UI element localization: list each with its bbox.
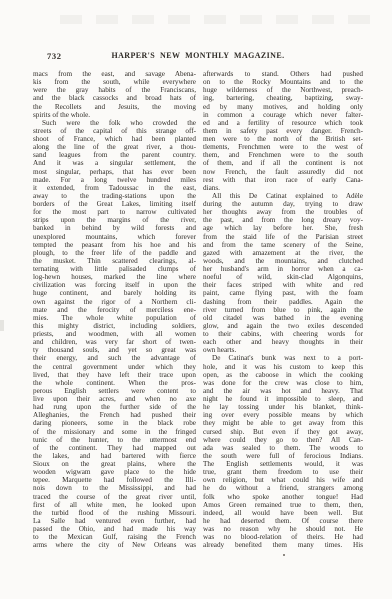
text-line: their energy, and such the advantage of [33, 354, 196, 362]
magazine-page: 732 HARPER'S NEW MONTHLY MAGAZINE. macs … [0, 0, 392, 599]
text-line: now French, the fault assuredly did not [203, 168, 363, 176]
text-line: they might be able to get away from this [203, 419, 363, 427]
text-line: the lakes, and had bartered with fierce [33, 452, 196, 460]
text-line: live upon their acres, and when no axe [33, 395, 196, 403]
text-line: was no blood-relation of theirs. He had [203, 533, 363, 541]
text-line: on to the Rocky Mountains and to the [203, 78, 363, 86]
text-line: afterwards to stand. Others had pushed [203, 70, 363, 78]
text-line: true, grant them freedom to use their [203, 468, 363, 476]
text-line: Sioux on the great plains, where the [33, 460, 196, 468]
text-line: daring pioneers, some in the black robe [33, 419, 196, 427]
text-line: to their cabins, with cheering words for [203, 330, 363, 338]
text-line: tepee. Marquette had followed the Illi- [33, 476, 196, 484]
text-line: away to the trading-stations upon the [33, 192, 196, 200]
text-line: most singular, perhaps, that has ever be… [33, 168, 196, 176]
text-line: he lay tossing under his blanket, think- [203, 403, 363, 411]
text-line: along the line of the great river, a tho… [33, 143, 196, 151]
text-line: old citadel was bathed in the evening [203, 314, 363, 322]
text-line: shoot of France, which had been planted [33, 135, 196, 143]
text-line: arms where the city of New Orleans was [33, 541, 196, 549]
scan-artifact [0, 320, 4, 331]
text-line: age which lay before her. She, fresh [203, 224, 363, 232]
text-line: own hearts. [203, 346, 363, 354]
text-line: and the black cassocks and broad hats of [33, 94, 196, 102]
text-line: of the missionary and some in the fringe… [33, 428, 196, 436]
text-line: sand leagues from the parent country. [33, 151, 196, 159]
text-line: own against the rigor of a Northern cli- [33, 298, 196, 306]
text-line: the musket. Thin scattered clearings, al… [33, 257, 196, 265]
text-line: during the autumn day, trying to draw [203, 200, 363, 208]
right-column: afterwards to stand. Others had pushedon… [203, 70, 363, 549]
text-line: paint, came flying past, with the foam [203, 289, 363, 297]
text-line: where could they go to then? All Can- [203, 436, 363, 444]
left-column: macs from the east, and savage Abena-kis… [33, 70, 196, 549]
text-line: the whole continent. When the pros- [33, 379, 196, 387]
text-line: passed the Ohio, and had made his way [33, 525, 196, 533]
text-line: gazed with amazement at the river, the [203, 249, 363, 257]
text-line: indeed, all would have been well. But [203, 509, 363, 517]
text-columns: macs from the east, and savage Abena-kis… [33, 70, 363, 549]
page-header: 732 HARPER'S NEW MONTHLY MAGAZINE. [33, 51, 363, 62]
text-line: macs from the east, and savage Abena- [33, 70, 196, 78]
magazine-title: HARPER'S NEW MONTHLY MAGAZINE. [33, 51, 363, 60]
text-line: Alleghanies, the French had pushed their [33, 411, 196, 419]
text-line: them, and Frenchmen were to the south [203, 151, 363, 159]
text-line: ing, bartering, cheating, baptizing, swa… [203, 94, 363, 102]
text-line: he had deserted them. Of course there [203, 517, 363, 525]
text-line: ed and a fertility of resource which too… [203, 119, 363, 127]
text-line: cursed ship. But even if they got away, [203, 428, 363, 436]
text-line: Such were the folk who crowded the [33, 119, 196, 127]
text-line: All this De Catinat explained to Adèle [203, 192, 363, 200]
text-line: The English settlements would, it was [203, 460, 363, 468]
text-line: the central government under which they [33, 363, 196, 371]
text-line: from the staid life of the Parisian stre… [203, 233, 363, 241]
text-line: strips upon the margins of the river, [33, 216, 196, 224]
text-line: their faces striped with white and red [203, 281, 363, 289]
text-line: were the gray habits of the Franciscans, [33, 86, 196, 94]
text-line: men were to the north of the British set… [203, 135, 363, 143]
text-line: them in safety past every danger. French… [203, 127, 363, 135]
text-line: unexplored mountains, which forever [33, 233, 196, 241]
text-line: woods, and the mountains, and clutched [203, 257, 363, 265]
text-line: this mighty district, including soldiers… [33, 322, 196, 330]
text-line: hole, and it was his custom to keep this [203, 363, 363, 371]
text-line: night he found it impossible to sleep, a… [203, 395, 363, 403]
ink-speck [283, 554, 285, 556]
text-line: perous English settlers were content to [33, 387, 196, 395]
text-line: made. For a long twelve hundred miles [33, 176, 196, 184]
text-line: traced the course of the great river unt… [33, 493, 196, 501]
text-line: her husband's arm in horror when a ca- [203, 265, 363, 273]
text-line: huge continent, and barely holding its [33, 289, 196, 297]
text-line: And it was a singular settlement, the [33, 159, 196, 167]
text-line: her thoughts away from the troubles of [203, 208, 363, 216]
text-line: in common a courage which never falter- [203, 111, 363, 119]
text-line: and children, was very far short of twen… [33, 338, 196, 346]
text-line: dashing from their paddles. Again the [203, 298, 363, 306]
text-line: already benefited them many times. His [203, 541, 363, 549]
text-line: tunic of the hunter, to the uttermost en… [33, 436, 196, 444]
text-line: ada was sealed to them. The woods to [203, 444, 363, 452]
text-line: kis from the south, while everywhere [33, 78, 196, 86]
text-line: and from the tame scenery of the Seine, [203, 241, 363, 249]
text-line: the turbid flood of the rushing Missouri… [33, 509, 196, 517]
text-line: priests, and woodmen, with all women [33, 330, 196, 338]
text-line: nois down to the Mississippi, and had [33, 484, 196, 492]
text-line: wooden wigwam gave place to the hide [33, 468, 196, 476]
text-line: spirits of the whole. [33, 111, 196, 119]
text-line: ternating with little palisaded clumps o… [33, 265, 196, 273]
text-line: De Catinat's bunk was next to a port- [203, 354, 363, 362]
text-line: Amos Green remained true to them, then, [203, 501, 363, 509]
text-line: plough, to the freer life of the paddle … [33, 249, 196, 257]
text-line: for the most part to narrow cultivated [33, 208, 196, 216]
text-line: tlements, Frenchmen were to the west of [203, 143, 363, 151]
text-line: he do without a friend, strangers among [203, 484, 363, 492]
text-line: was done for the crew was close to him, [203, 379, 363, 387]
text-line: own religion, but what could his wife an… [203, 476, 363, 484]
text-line: river turned from blue to pink, again th… [203, 306, 363, 314]
text-line: had rung upon the further side of the [33, 403, 196, 411]
text-line: dians. [203, 184, 363, 192]
text-line: La Salle had ventured even further, had [33, 517, 196, 525]
text-line: banked in behind by wild forests and [33, 224, 196, 232]
text-line: streets of the capital of this strange o… [33, 127, 196, 135]
text-line: ed by many motives, and holding only [203, 103, 363, 111]
text-line: borders of the Great Lakes, limiting its… [33, 200, 196, 208]
text-line: first of all white men, he looked upon [33, 501, 196, 509]
text-line: of them, and if all the continent is not [203, 159, 363, 167]
text-line: mate and the ferocity of merciless ene- [33, 306, 196, 314]
text-line: mies. The whole white population of [33, 314, 196, 322]
text-line: to the Mexican Gulf, raising the French [33, 533, 196, 541]
text-line: log-hewn houses, marked the line where [33, 273, 196, 281]
text-line: the past, and from the long dreary voy- [203, 216, 363, 224]
text-line: and the air was hot and heavy. That [203, 387, 363, 395]
text-line: lived, that they have left their trace u… [33, 371, 196, 379]
text-line: of the continent. They had mapped out [33, 444, 196, 452]
text-line: ing over every possible means by which [203, 411, 363, 419]
text-line: it extended, from Tadoussac in the east, [33, 184, 196, 192]
text-line: tempted the peasant from his hoe and his [33, 241, 196, 249]
text-line: noeful of wild, skin-clad Algonquins, [203, 273, 363, 281]
text-line: rest with that iron race of early Cana- [203, 176, 363, 184]
text-line: ty thousand souls, and yet so great was [33, 346, 196, 354]
text-line: the Recollets and Jesuits, the moving [33, 103, 196, 111]
text-line: glow, and again the two exiles descended [203, 322, 363, 330]
text-line: the south were full of ferocious Indians… [203, 452, 363, 460]
text-line: civilization was forcing itself in upon … [33, 281, 196, 289]
text-line: was no reason why he should not. He [203, 525, 363, 533]
text-line: huge wilderness of the Northwest, preach… [203, 86, 363, 94]
text-line: open, as the caboose in which the cookin… [203, 371, 363, 379]
scan-artifact-band [60, 15, 382, 24]
text-line: folk who spoke another tongue! Had [203, 493, 363, 501]
text-line: each other and heavy thoughts in their [203, 338, 363, 346]
